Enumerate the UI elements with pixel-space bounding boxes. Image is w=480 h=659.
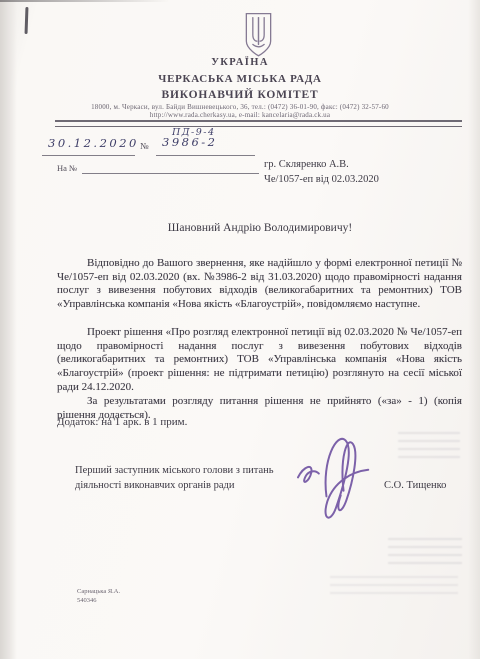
date-underline <box>42 155 135 156</box>
bleed-through-artifact <box>330 576 458 594</box>
recipient-petition-ref: Че/1057-еп від 02.03.2020 <box>264 173 379 188</box>
reply-to-label: На № <box>57 163 77 173</box>
executor-name: Сарнацька Я.А. <box>77 588 120 597</box>
handwritten-signature <box>290 428 380 523</box>
attachment-note: Додаток: на 1 арк. в 1 прим. <box>57 416 187 428</box>
executor-block: Сарнацька Я.А. 540346 <box>77 588 120 605</box>
scanned-letter-page: УКРАЇНА ЧЕРКАСЬКА МІСЬКА РАДА ВИКОНАВЧИЙ… <box>0 0 480 659</box>
letterhead-divider <box>55 120 462 127</box>
number-underline <box>156 155 255 156</box>
handwritten-outgoing-number: 3986-2 <box>162 135 217 149</box>
pen-mark-artifact <box>25 7 29 34</box>
bleed-through-artifact <box>388 538 462 564</box>
country-name: УКРАЇНА <box>0 57 480 68</box>
salutation: Шановний Андрію Володимировичу! <box>57 222 463 234</box>
body-paragraph: Відповідно до Вашого звернення, яке наді… <box>57 257 462 312</box>
number-label: № <box>140 141 149 151</box>
recipient-name: гр. Скляренко А.В. <box>264 158 379 173</box>
org-contacts: http://www.rada.cherkasy.ua, e-mail: kan… <box>0 111 480 119</box>
signer-name: С.О. Тищенко <box>384 480 446 491</box>
org-address: 18000, м. Черкаси, вул. Байди Вишневецьк… <box>0 103 480 111</box>
ukraine-trident-emblem-icon <box>242 12 275 59</box>
reply-to-underline <box>82 173 259 174</box>
organization-name: ЧЕРКАСЬКА МІСЬКА РАДА <box>0 73 480 85</box>
executor-phone: 540346 <box>77 597 120 606</box>
handwritten-date: 30.12.2020 <box>48 136 139 150</box>
bleed-through-artifact <box>398 432 460 462</box>
recipient-block: гр. Скляренко А.В. Че/1057-еп від 02.03.… <box>264 158 379 187</box>
scan-edge-shadow-top <box>0 0 170 2</box>
department-name: ВИКОНАВЧИЙ КОМІТЕТ <box>0 89 480 101</box>
body-paragraph: Проект рішення «Про розгляд електронної … <box>57 326 462 395</box>
